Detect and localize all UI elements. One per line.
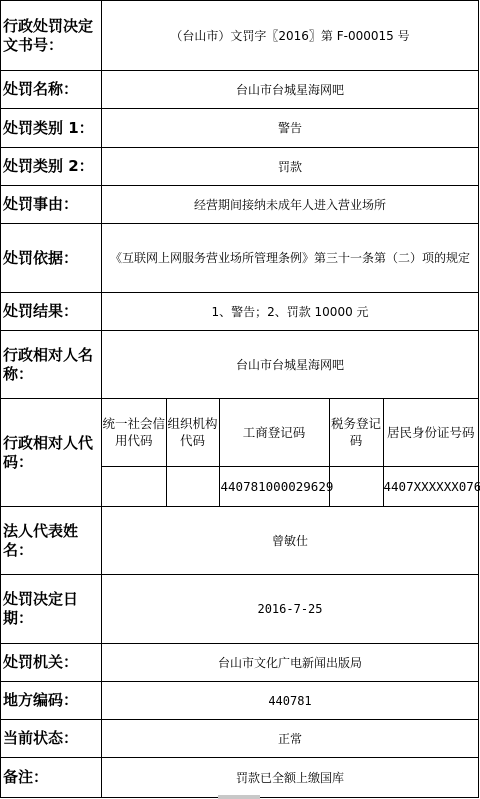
value-unified-credit-code (102, 466, 166, 506)
row-status: 当前状态： 正常 (1, 720, 479, 758)
value-penalty-basis: 《互联网上网服务营业场所管理条例》第三十一条第（二）项的规定 (102, 224, 479, 293)
label-authority: 处罚机关： (1, 644, 102, 682)
header-tax-reg-code: 税务登记码 (329, 399, 383, 466)
row-penalty-category-1: 处罚类别 1： 警告 (1, 109, 479, 148)
label-legal-representative: 法人代表姓名： (1, 507, 102, 575)
value-org-code (166, 466, 219, 506)
value-penalty-category-1: 警告 (102, 109, 479, 148)
value-tax-reg-code (329, 466, 383, 506)
header-unified-credit-code: 统一社会信用代码 (102, 399, 166, 466)
row-counterparty-name: 行政相对人名称： 台山市台城星海网吧 (1, 331, 479, 399)
code-header-row: 统一社会信用代码 组织机构代码 工商登记码 税务登记码 居民身份证号码 (102, 399, 478, 466)
row-decision-date: 处罚决定日期： 2016-7-25 (1, 575, 479, 644)
label-penalty-category-1: 处罚类别 1： (1, 109, 102, 148)
value-business-reg-code: 440781000029629 (219, 466, 329, 506)
label-penalty-reason: 处罚事由： (1, 186, 102, 224)
row-decision-number: 行政处罚决定文书号： （台山市）文罚字〖2016〗第 F-000015 号 (1, 1, 479, 71)
value-authority: 台山市文化广电新闻出版局 (102, 644, 479, 682)
header-org-code: 组织机构代码 (166, 399, 219, 466)
value-decision-date: 2016-7-25 (102, 575, 479, 644)
row-penalty-result: 处罚结果： 1、警告；2、罚款 10000 元 (1, 293, 479, 331)
value-decision-number: （台山市）文罚字〖2016〗第 F-000015 号 (102, 1, 479, 71)
value-id-number: 4407XXXXXX076 (383, 466, 478, 506)
row-penalty-reason: 处罚事由： 经营期间接纳未成年人进入营业场所 (1, 186, 479, 224)
label-counterparty-name: 行政相对人名称： (1, 331, 102, 399)
value-remarks: 罚款已全额上缴国库 (102, 758, 479, 798)
value-penalty-result: 1、警告；2、罚款 10000 元 (102, 293, 479, 331)
value-penalty-name: 台山市台城星海网吧 (102, 71, 479, 109)
label-counterparty-code: 行政相对人代码： (1, 399, 102, 507)
row-counterparty-code: 行政相对人代码： 统一社会信用代码 组织机构代码 工商登记码 税务登记码 居民身… (1, 399, 479, 507)
row-penalty-category-2: 处罚类别 2： 罚款 (1, 148, 479, 186)
row-remarks: 备注： 罚款已全额上缴国库 (1, 758, 479, 798)
value-counterparty-name: 台山市台城星海网吧 (102, 331, 479, 399)
label-decision-date: 处罚决定日期： (1, 575, 102, 644)
label-decision-number: 行政处罚决定文书号： (1, 1, 102, 71)
value-penalty-reason: 经营期间接纳未成年人进入营业场所 (102, 186, 479, 224)
row-penalty-name: 处罚名称： 台山市台城星海网吧 (1, 71, 479, 109)
label-penalty-result: 处罚结果： (1, 293, 102, 331)
label-penalty-category-2: 处罚类别 2： (1, 148, 102, 186)
value-legal-representative: 曾敏仕 (102, 507, 479, 575)
penalty-info-table: 行政处罚决定文书号： （台山市）文罚字〖2016〗第 F-000015 号 处罚… (0, 0, 479, 798)
row-legal-representative: 法人代表姓名： 曾敏仕 (1, 507, 479, 575)
header-business-reg-code: 工商登记码 (219, 399, 329, 466)
value-status: 正常 (102, 720, 479, 758)
label-penalty-basis: 处罚依据： (1, 224, 102, 293)
counterparty-code-subtable: 统一社会信用代码 组织机构代码 工商登记码 税务登记码 居民身份证号码 4407… (102, 399, 478, 506)
label-penalty-name: 处罚名称： (1, 71, 102, 109)
row-penalty-basis: 处罚依据： 《互联网上网服务营业场所管理条例》第三十一条第（二）项的规定 (1, 224, 479, 293)
code-value-row: 440781000029629 4407XXXXXX076 (102, 466, 478, 506)
counterparty-code-cell: 统一社会信用代码 组织机构代码 工商登记码 税务登记码 居民身份证号码 4407… (102, 399, 479, 507)
value-region-code: 440781 (102, 682, 479, 720)
value-penalty-category-2: 罚款 (102, 148, 479, 186)
scroll-indicator (218, 795, 260, 799)
label-remarks: 备注： (1, 758, 102, 798)
row-authority: 处罚机关： 台山市文化广电新闻出版局 (1, 644, 479, 682)
label-status: 当前状态： (1, 720, 102, 758)
row-region-code: 地方编码： 440781 (1, 682, 479, 720)
header-id-number: 居民身份证号码 (383, 399, 478, 466)
label-region-code: 地方编码： (1, 682, 102, 720)
